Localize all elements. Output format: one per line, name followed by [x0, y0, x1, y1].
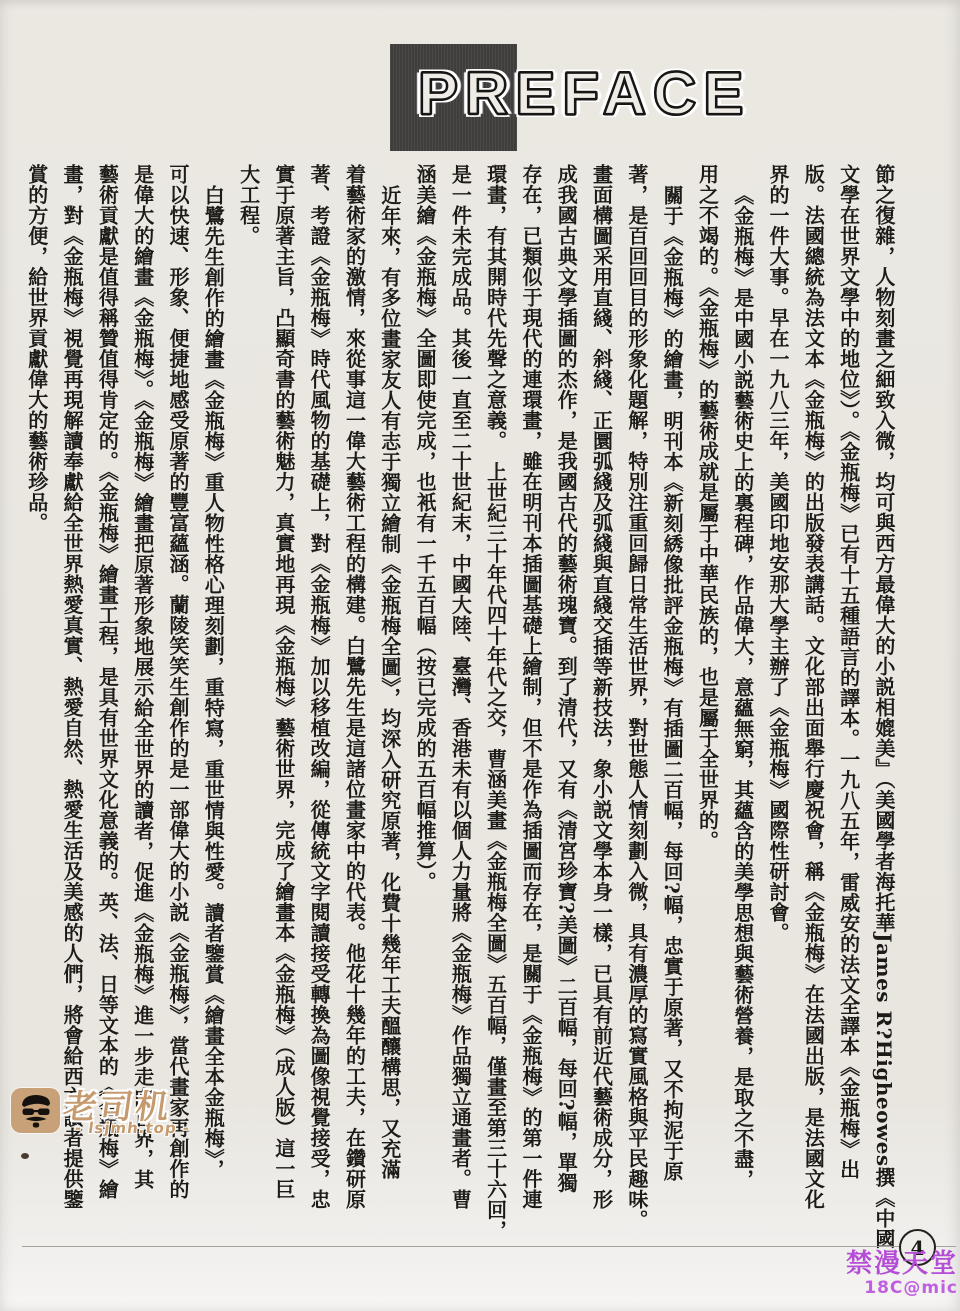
text-column: 涵美繪《金瓶梅》全圖即使完成，也衹有一千五百幅（按已完成的五百幅推算）。	[414, 164, 435, 1244]
preface-header: PREFACE PREFACE	[390, 44, 720, 154]
text-column: 着藝術家的激情，來從事這一偉大藝術工程的構建。白鷺先生是這諸位畫家中的代表。他花…	[344, 164, 365, 1244]
preface-body-text: 節之復雜，人物刻畫之細致入微，均可與西方最偉大的小説相媲美』（美國學者海托華Ja…	[26, 164, 894, 1244]
driver-face-icon	[11, 1088, 60, 1133]
watermark-lsjmh-texts: 老司机 - lsjmh.top -	[60, 1090, 196, 1136]
text-column: 著、考證《金瓶梅》時代風物的基礎上，對《金瓶梅》加以移植改編，從傳統文字閱讀接受…	[308, 164, 329, 1244]
text-column: 版。法國總統為法文本《金瓶梅》的出版發表講話。文化部出面舉行慶祝會，稱《金瓶梅》…	[803, 164, 824, 1244]
text-column: 近年來，有多位畫家友人有志于獨立繪制《金瓶梅全圖》，均深入研究原著，化費十幾年工…	[379, 164, 400, 1265]
text-column: 藝術貢獻是值得稱贊值得肯定的。《金瓶梅》繪畫工程，是具有世界文化意義的。英、法、…	[97, 164, 118, 1244]
text-column: 關于《金瓶梅》的繪畫，明刊本《新刻綉像批評金瓶梅》有插圖二百幅，每回?幅，忠實于…	[661, 164, 682, 1265]
watermark-lsjmh: 老司机 - lsjmh.top -	[11, 1088, 192, 1136]
footer-rule	[22, 1246, 956, 1247]
preface-title: PREFACE	[418, 58, 750, 130]
text-column: 實于原著主旨，凸顯奇書的藝術魅力，真實地再現《金瓶梅》藝術世界，完成了繪畫本《金…	[273, 164, 294, 1244]
watermark-18comic-id: 18C@mic	[846, 1279, 958, 1298]
text-column: 著，是百回回目的形象化題解，特別注重回歸日常生活世界，對世態人情刻劃入微，具有濃…	[626, 164, 647, 1244]
text-column: 成我國古典文學插圖的杰作，是我國古代的藝術瑰寶。到了清代，又有《清宮珍寶?美圖》…	[555, 164, 576, 1244]
watermark-lsjmh-site: - lsjmh.top -	[74, 1121, 191, 1136]
text-column: 存在，已類似于現代的連環畫，雖在明刊本插圖基礎上繪制，但不是作為插圖而存在，是關…	[520, 164, 541, 1244]
text-column: 界的一件大事。早在一九八三年，美國印地安那大學主辦了《金瓶梅》國際性研討會。	[767, 164, 788, 1244]
watermark-18comic-name: 禁漫天堂	[846, 1250, 958, 1279]
text-column: 用之不竭的。《金瓶梅》的藝術成就是屬于中華民族的，也是屬于全世界的。	[697, 164, 718, 1244]
text-column: 是一件未完成品。其後一直至二十世紀末，中國大陸、臺灣、香港未有以個人力量將《金瓶…	[450, 164, 471, 1244]
text-column: 畫面構圖采用直綫、斜綫、正圜弧綫及弧綫與直綫交插等新技法，象小説文學本身一樣，已…	[591, 164, 612, 1244]
text-column: 文學在世界文學中的地位》）。《金瓶梅》已有十五種語言的譯本。一九八五年，雷威安的…	[838, 164, 859, 1244]
scanned-page: PREFACE PREFACE 節之復雜，人物刻畫之細致入微，均可與西方最偉大的…	[0, 0, 960, 1311]
text-column: 可以快速、形象、便捷地感受原著的豐富蘊涵。蘭陵笑笑生創作的是一部偉大的小説《金瓶…	[167, 164, 188, 1244]
watermark-18comic: 禁漫天堂 18C@mic	[846, 1250, 958, 1297]
text-column: 畫，對《金瓶梅》視覺再現解讀奉獻給全世界熱愛真實、熱愛自然、熱愛生活及美感的人們…	[61, 164, 82, 1244]
text-column: 賞的方便，給世界貢獻偉大的藝術珍品。	[26, 164, 47, 1244]
text-column: 環畫，有其開時代先聲之意義。 上世紀三十年代四十年代之交，曹涵美畫《金瓶梅全圖》…	[485, 164, 506, 1244]
text-column: 《金瓶梅》是中國小説藝術史上的裏程碑，作品偉大，意蘊無窮，其蘊含的美學思想與藝術…	[732, 164, 753, 1265]
text-column: 節之復雜，人物刻畫之細致入微，均可與西方最偉大的小説相媲美』（美國學者海托華Ja…	[873, 164, 894, 1244]
text-column: 白鷺先生創作的繪畫《金瓶梅》重人物性格心理刻劃，重特寫，重世情與性愛。讀者鑒賞《…	[202, 164, 223, 1265]
ink-speck	[21, 1153, 29, 1159]
text-column: 大工程。	[238, 164, 259, 1244]
text-column: 是偉大的繪畫《金瓶梅》。《金瓶梅》繪畫把原著形象地展示給全世界的讀者，促進《金瓶…	[132, 164, 153, 1244]
